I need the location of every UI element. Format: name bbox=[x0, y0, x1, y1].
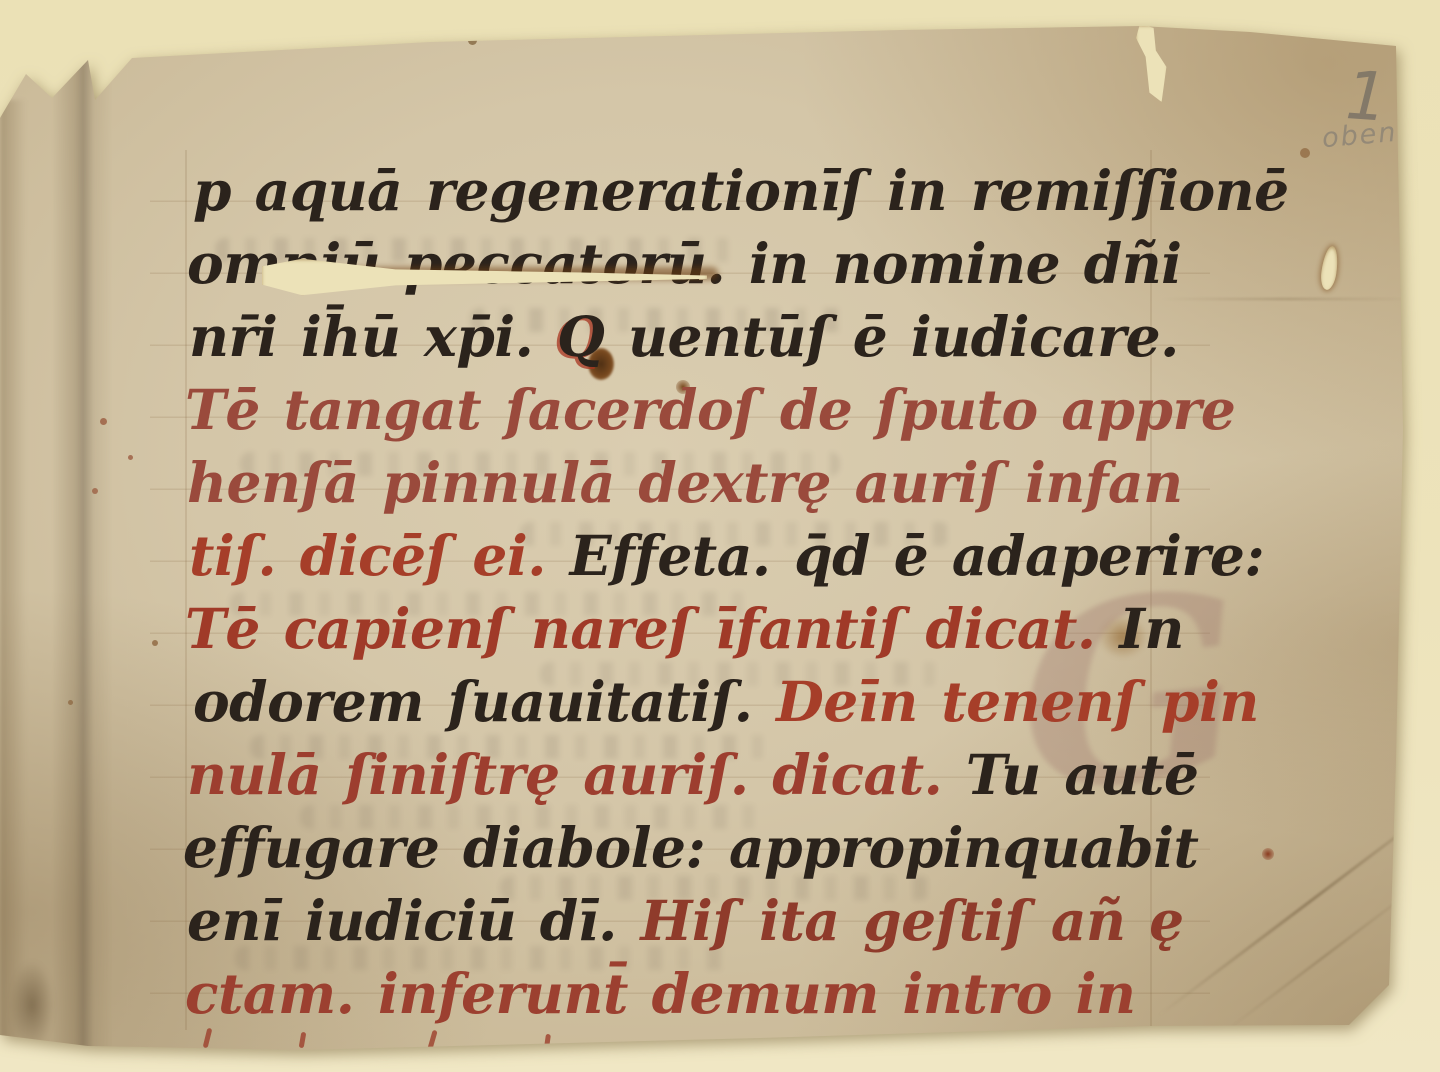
fold-dark-stain bbox=[10, 960, 54, 1050]
text-segment: Tē capienſ nareſ īfantiſ dicat. bbox=[185, 596, 1119, 661]
text-segment: Deīn tenenſ pin bbox=[776, 669, 1259, 734]
top-edge-tear-hole bbox=[1136, 24, 1168, 102]
manuscript-line: effugare diabole: appropinquabit bbox=[183, 815, 1289, 888]
cutoff-letter-tip bbox=[299, 1032, 307, 1049]
manuscript-line: henſā pinnulā dextrę auriſ infan bbox=[187, 450, 1289, 523]
manuscript-line: odorem ſuauitatiſ. Deīn tenenſ pin bbox=[193, 669, 1289, 742]
manuscript-line: Tē capienſ nareſ īfantiſ dicat. In bbox=[185, 596, 1289, 669]
brown-speckle bbox=[1300, 148, 1310, 158]
manuscript-line: enī iudiciū dī. Hiſ ita geſtiſ añ ę bbox=[187, 888, 1289, 961]
brown-speckle bbox=[468, 36, 477, 45]
text-segment: uentūſ ē iudicare. bbox=[604, 304, 1178, 369]
text-segment: nr̄i ih̄ū xp̄i. bbox=[189, 304, 557, 369]
text-segment: tiſ. dicēſ ei. bbox=[189, 523, 570, 588]
small-slit-hole bbox=[1319, 245, 1340, 291]
text-segment: Tē tangat ſacerdoſ de ſputo appre bbox=[185, 377, 1235, 442]
manuscript-line: ctam. inferunt̄ demum intro in bbox=[185, 961, 1289, 1034]
manuscript-text-block: p aquā regenerationīſ in remiſſionē omni… bbox=[193, 158, 1289, 1034]
text-segment: ctam. inferunt̄ demum intro in bbox=[185, 961, 1136, 1026]
rust-speckle bbox=[92, 488, 98, 494]
parchment-leaf: G 1 oben p aquā regenerationīſ in remiſſ… bbox=[0, 0, 1440, 1072]
text-segment: enī iudiciū dī. bbox=[187, 888, 640, 953]
rust-speckle bbox=[152, 640, 158, 646]
text-segment: henſā pinnulā dextrę auriſ infan bbox=[187, 450, 1183, 515]
text-segment: Hiſ ita geſtiſ añ ę bbox=[640, 888, 1183, 953]
edge-stain bbox=[1408, 500, 1426, 536]
text-segment: nulā ſiniſtrę auriſ. dicat. bbox=[187, 742, 966, 807]
parchment-shadow-wrap: G 1 oben p aquā regenerationīſ in remiſſ… bbox=[0, 0, 1440, 1072]
manuscript-line: Tē tangat ſacerdoſ de ſputo appre bbox=[185, 377, 1289, 450]
rust-speckle bbox=[100, 418, 107, 425]
manuscript-line: p aquā regenerationīſ in remiſſionē bbox=[193, 158, 1289, 231]
photograph-of-manuscript-fragment: G 1 oben p aquā regenerationīſ in remiſſ… bbox=[0, 0, 1440, 1072]
cutoff-letter-tip bbox=[544, 1034, 551, 1049]
text-segment: effugare diabole: appropinquabit bbox=[183, 815, 1198, 880]
text-segment: p aquā regenerationīſ in remiſſionē bbox=[193, 158, 1289, 223]
vertical-fold-crease bbox=[52, 55, 112, 1050]
text-segment: Tu autē bbox=[966, 742, 1199, 807]
text-segment-effeta: Effeta. q̄d ē adaperire: bbox=[570, 523, 1265, 588]
manuscript-line: nulā ſiniſtrę auriſ. dicat. Tu autē bbox=[187, 742, 1289, 815]
text-segment: In bbox=[1119, 596, 1184, 661]
left-edge-shading bbox=[0, 100, 26, 1040]
rust-speckle bbox=[128, 455, 133, 460]
manuscript-line: nr̄i ih̄ū xp̄i. Q uentūſ ē iudicare. bbox=[189, 304, 1289, 377]
text-segment: odorem ſuauitatiſ. bbox=[193, 669, 776, 734]
initial-q-with-red-accent: Q bbox=[557, 304, 604, 369]
manuscript-line: tiſ. dicēſ ei. Effeta. q̄d ē adaperire: bbox=[189, 523, 1289, 596]
rust-speckle bbox=[68, 700, 73, 705]
pencil-annotation-word: oben bbox=[1321, 117, 1399, 154]
